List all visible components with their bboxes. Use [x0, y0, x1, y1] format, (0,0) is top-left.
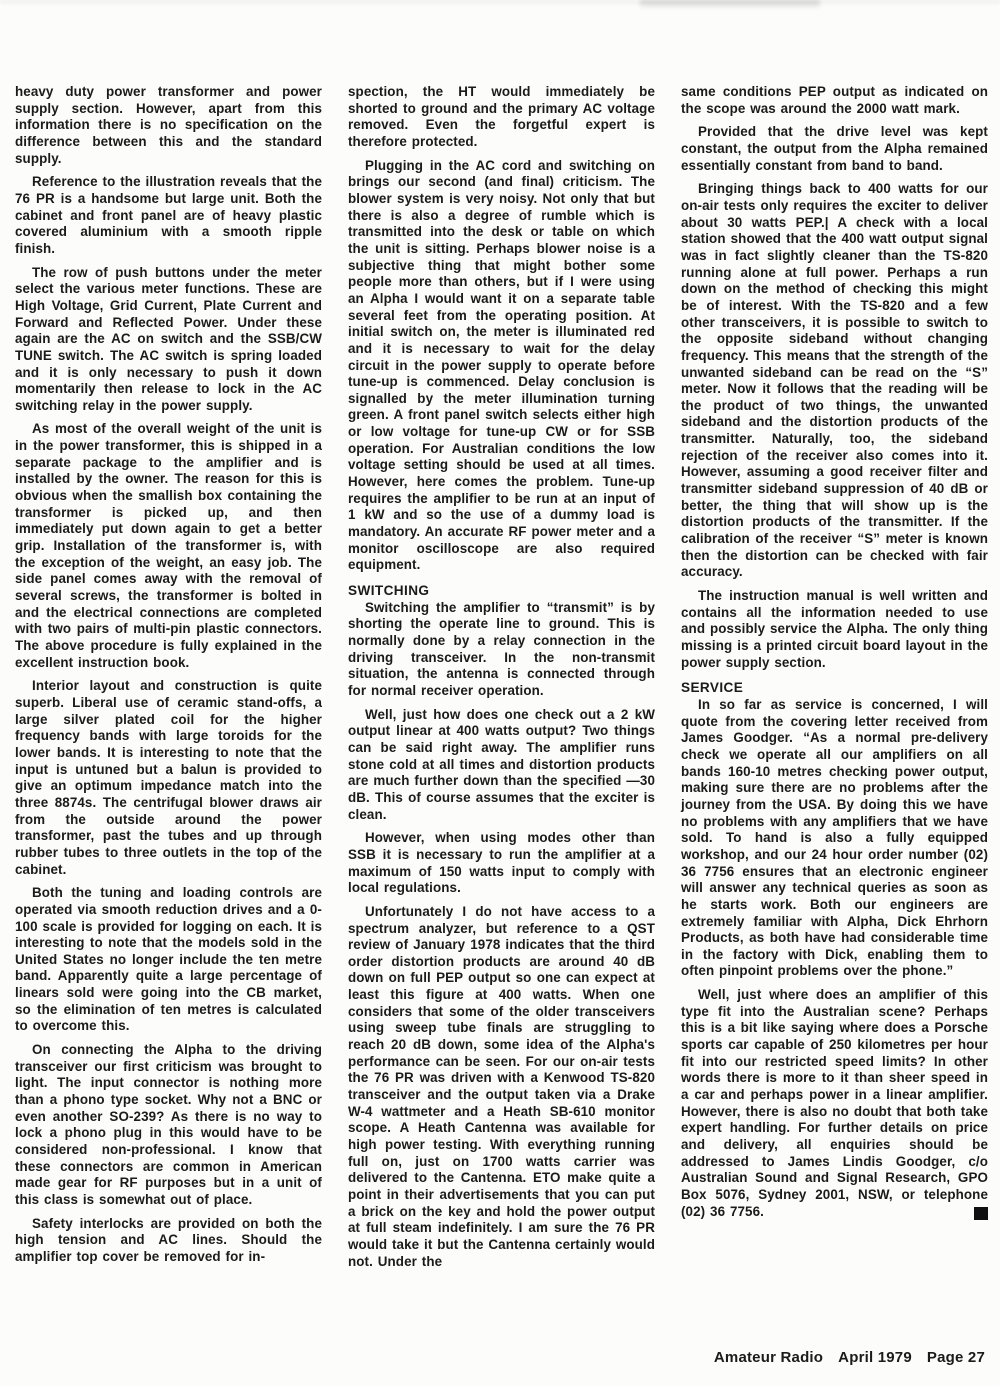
article-paragraph: Both the tuning and loading controls are…: [15, 885, 322, 1035]
article-paragraph: Provided that the drive level was kept c…: [681, 124, 988, 174]
article-paragraph: same conditions PEP output as indicated …: [681, 84, 988, 117]
article-column-2: spection, the HT would immediately be sh…: [348, 84, 655, 1277]
end-of-article-marker: [974, 1207, 988, 1220]
magazine-page: heavy duty power transformer and power s…: [0, 0, 1000, 1386]
article-paragraph: Reference to the illustration reveals th…: [15, 174, 322, 257]
scan-artifact: [0, 0, 1000, 6]
article-paragraph: As most of the overall weight of the uni…: [15, 421, 322, 671]
article-column-3: same conditions PEP output as indicated …: [681, 84, 988, 1277]
article-paragraph: spection, the HT would immediately be sh…: [348, 84, 655, 151]
article-paragraph: Plugging in the AC cord and switching on…: [348, 158, 655, 574]
article-paragraph: In so far as service is concerned, I wil…: [681, 697, 988, 980]
article-paragraph: The instruction manual is well written a…: [681, 588, 988, 671]
article-paragraph: The row of push buttons under the meter …: [15, 265, 322, 415]
article-paragraph: Well, just how does one check out a 2 kW…: [348, 707, 655, 824]
section-heading: SERVICE: [681, 680, 988, 697]
article-paragraph: heavy duty power transformer and power s…: [15, 84, 322, 167]
article-paragraph: Unfortunately I do not have access to a …: [348, 904, 655, 1270]
article-body: heavy duty power transformer and power s…: [15, 84, 988, 1277]
article-paragraph: Safety interlocks are provided on both t…: [15, 1216, 322, 1266]
article-column-1: heavy duty power transformer and power s…: [15, 84, 322, 1277]
section-heading: SWITCHING: [348, 583, 655, 600]
scan-artifact: [640, 0, 820, 9]
article-paragraph: Switching the amplifier to “transmit” is…: [348, 600, 655, 700]
magazine-title: Amateur Radio: [714, 1349, 823, 1366]
article-paragraph: Bringing things back to 400 watts for ou…: [681, 181, 988, 581]
issue-date: April 1979: [838, 1349, 912, 1366]
page-footer: Amateur RadioApril 1979Page 27: [714, 1349, 985, 1366]
article-paragraph: On connecting the Alpha to the driving t…: [15, 1042, 322, 1209]
article-paragraph: Interior layout and construction is quit…: [15, 678, 322, 878]
article-paragraph: Well, just where does an amplifier of th…: [681, 987, 988, 1220]
article-paragraph: However, when using modes other than SSB…: [348, 830, 655, 897]
page-number: Page 27: [927, 1349, 985, 1366]
